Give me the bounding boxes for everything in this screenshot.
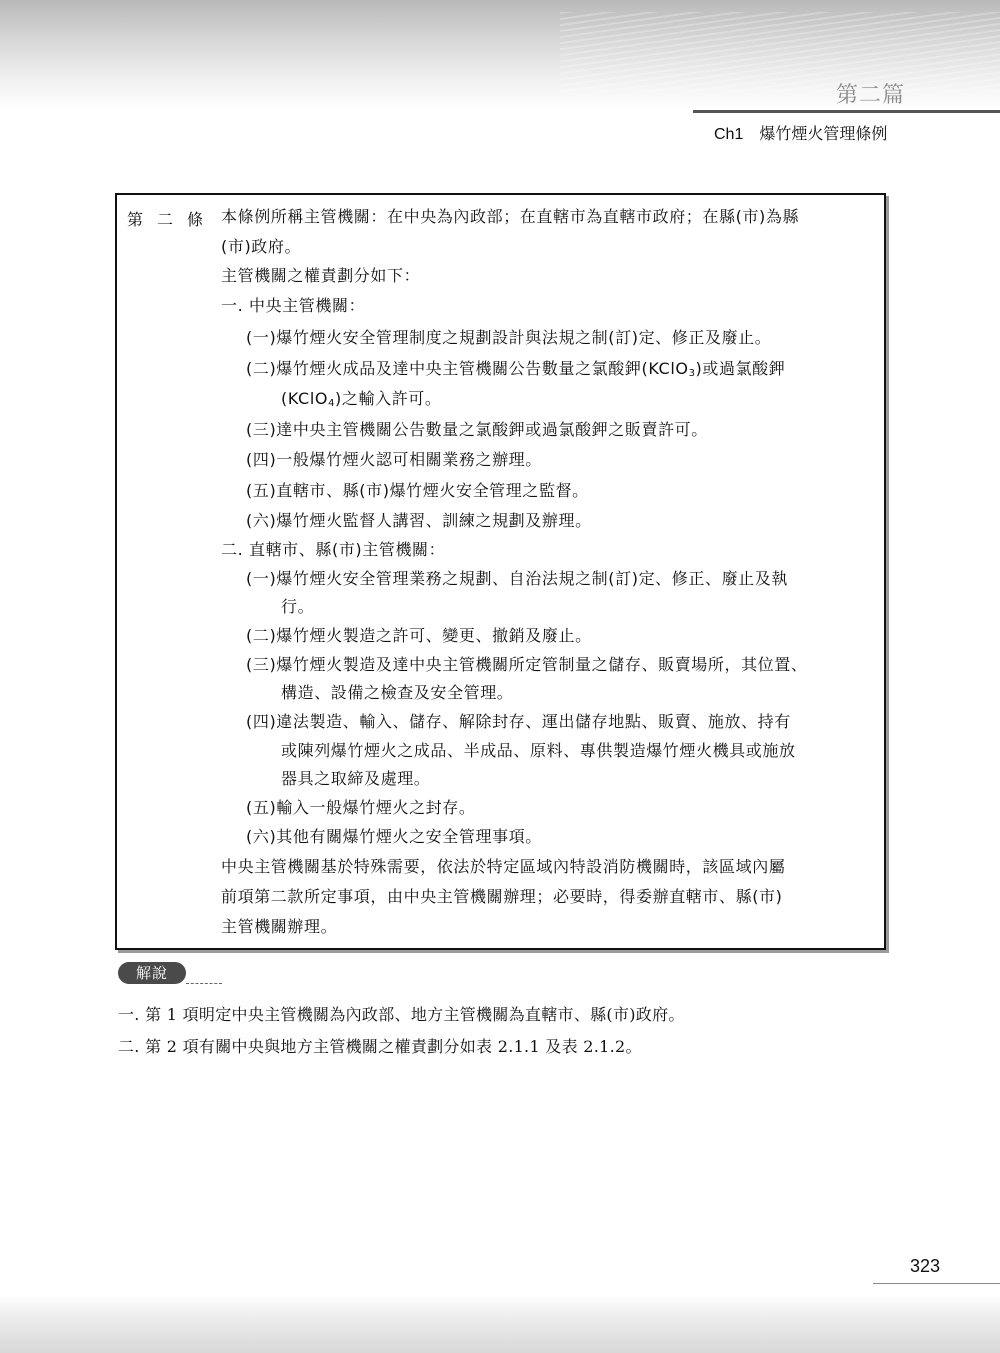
article-item: (五)輸入一般爆竹煙火之封存。 bbox=[246, 798, 476, 818]
section-heading-local: 二. 直轄市、縣(市)主管機關： bbox=[221, 540, 445, 560]
header-decoration bbox=[560, 12, 1000, 92]
chapter-heading: Ch1爆竹煙火管理條例 bbox=[714, 121, 887, 144]
chapter-code: Ch1 bbox=[714, 126, 743, 143]
article-item: (一)爆竹煙火安全管理制度之規劃設計與法規之制(訂)定、修正及廢止。 bbox=[246, 328, 771, 348]
article-text-line: 主管機關辦理。 bbox=[221, 917, 337, 937]
article-item-continuation: (KClO4)之輸入許可。 bbox=[281, 389, 442, 414]
article-item-continuation: 或陳列爆竹煙火之成品、半成品、原料、專供製造爆竹煙火機具或施放 bbox=[281, 741, 796, 761]
page-number: 323 bbox=[910, 1256, 940, 1277]
article-item: (五)直轄市、縣(市)爆竹煙火安全管理之監督。 bbox=[246, 481, 589, 501]
article-item: (一)爆竹煙火安全管理業務之規劃、自治法規之制(訂)定、修正、廢止及執 bbox=[246, 569, 788, 589]
explanation-dash-divider bbox=[186, 983, 222, 984]
article-text-line: 前項第二款所定事項，由中央主管機關辦理；必要時，得委辦直轄市、縣(市) bbox=[221, 887, 783, 907]
article-item: (六)其他有關爆竹煙火之安全管理事項。 bbox=[246, 827, 542, 847]
header-divider bbox=[693, 110, 1000, 113]
explanation-item: 二. 第 2 項有關中央與地方主管機關之權責劃分如表 2.1.1 及表 2.1.… bbox=[118, 1034, 642, 1057]
article-box: 第 二 條 本條例所稱主管機關：在中央為內政部；在直轄市為直轄市政府；在縣(市)… bbox=[115, 193, 886, 950]
article-item: (六)爆竹煙火監督人講習、訓練之規劃及辦理。 bbox=[246, 511, 592, 531]
article-item-continuation: 構造、設備之檢查及安全管理。 bbox=[281, 683, 513, 703]
article-item: (三)達中央主管機關公告數量之氯酸鉀或過氯酸鉀之販賣許可。 bbox=[246, 420, 708, 440]
chapter-title: 爆竹煙火管理條例 bbox=[759, 124, 887, 143]
article-text-line: 中央主管機關基於特殊需要，依法於特定區域內特設消防機關時，該區域內屬 bbox=[221, 857, 785, 877]
article-item: (四)違法製造、輸入、儲存、解除封存、運出儲存地點、販賣、施放、持有 bbox=[246, 712, 791, 732]
article-item-continuation: 器具之取締及處理。 bbox=[281, 769, 430, 789]
footer-background bbox=[0, 1295, 1000, 1353]
article-item-continuation: 行。 bbox=[281, 597, 314, 617]
article-item: (二)爆竹煙火製造之許可、變更、撤銷及廢止。 bbox=[246, 626, 592, 646]
article-item: (四)一般爆竹煙火認可相關業務之辦理。 bbox=[246, 450, 542, 470]
footer-divider bbox=[873, 1283, 1000, 1284]
article-item: (二)爆竹煙火成品及達中央主管機關公告數量之氯酸鉀(KClO3)或過氯酸鉀 bbox=[246, 359, 785, 384]
article-label: 第 二 條 bbox=[127, 207, 203, 230]
article-text-line: (市)政府。 bbox=[221, 237, 301, 257]
part-title: 第二篇 bbox=[836, 78, 905, 109]
article-label-char: 二 bbox=[157, 207, 173, 230]
section-heading-central: 一. 中央主管機關： bbox=[221, 296, 365, 316]
article-text-line: 本條例所稱主管機關：在中央為內政部；在直轄市為直轄市政府；在縣(市)為縣 bbox=[221, 207, 799, 227]
article-label-char: 條 bbox=[187, 207, 203, 230]
article-label-char: 第 bbox=[127, 207, 143, 230]
explanation-item: 一. 第 1 項明定中央主管機關為內政部、地方主管機關為直轄市、縣(市)政府。 bbox=[118, 1002, 685, 1025]
article-item: (三)爆竹煙火製造及達中央主管機關所定管制量之儲存、販賣場所，其位置、 bbox=[246, 655, 808, 675]
article-text-line: 主管機關之權責劃分如下： bbox=[221, 266, 420, 286]
explanation-badge: 解說 bbox=[118, 962, 186, 984]
